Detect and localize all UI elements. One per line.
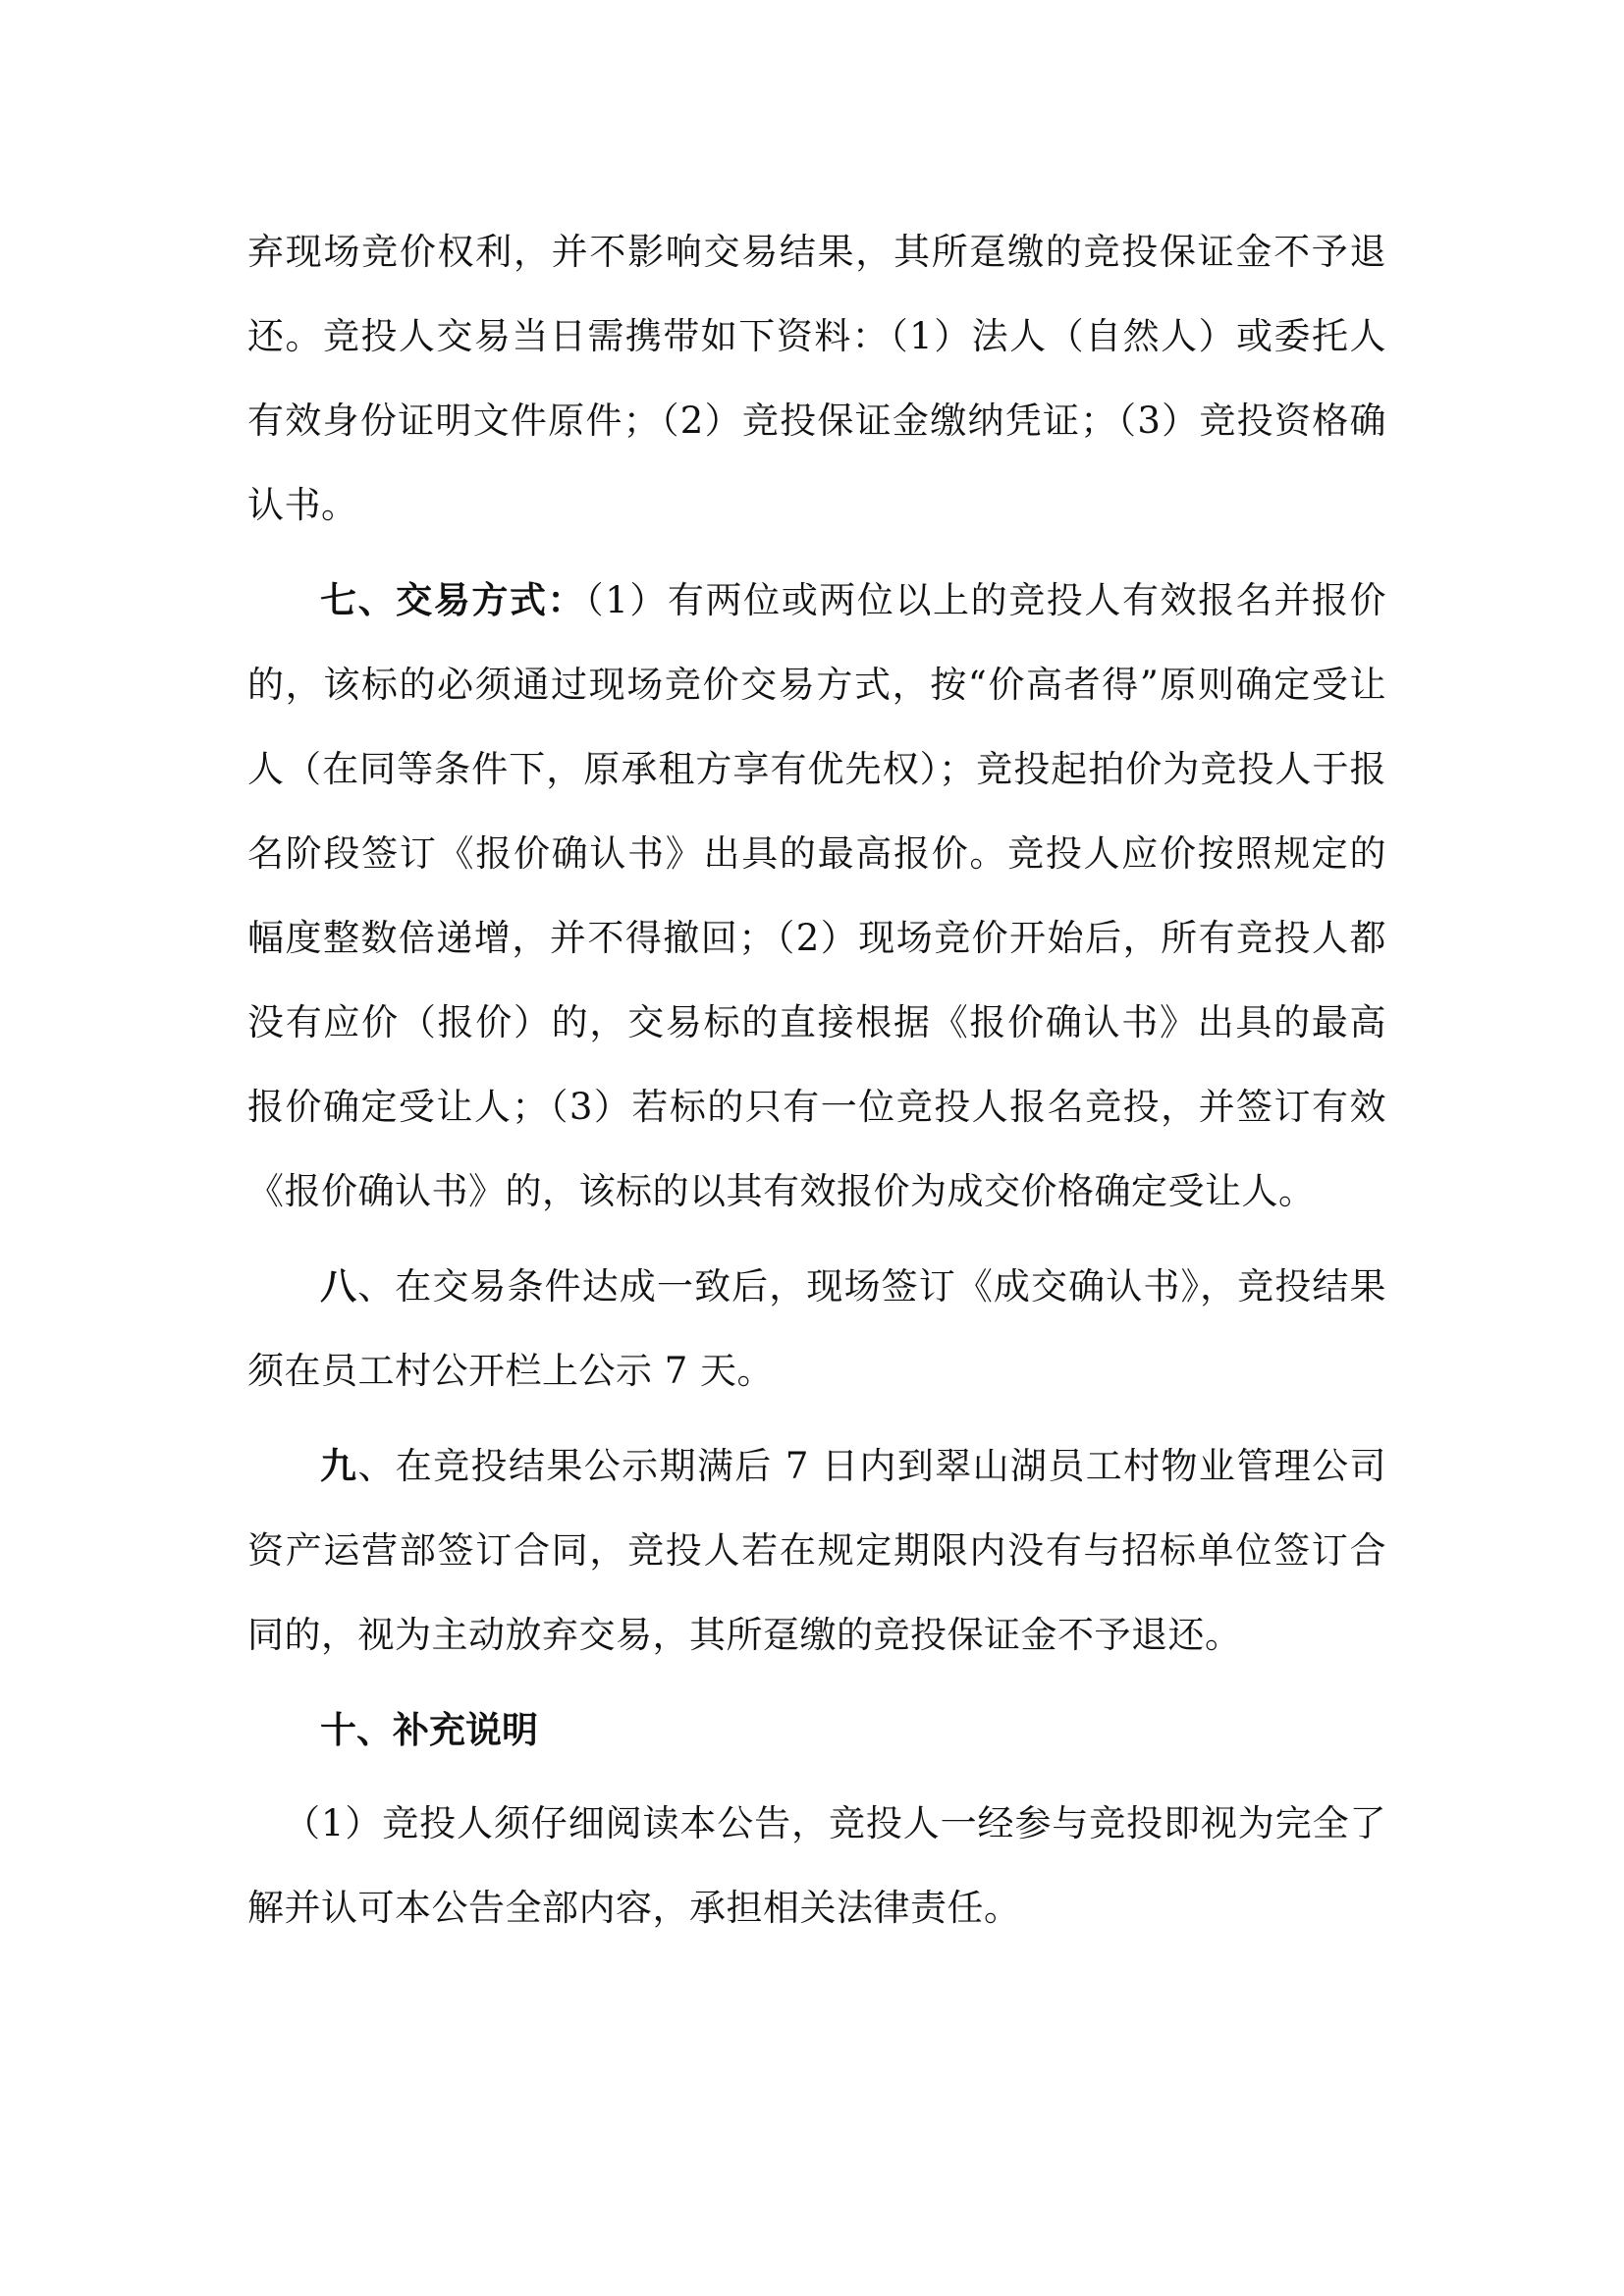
section-eight-body: 、在交易条件达成一致后，现场签订《成交确认书》，竞投结果须在员工村公开栏上公示 … <box>247 1265 1386 1392</box>
document-page: 弃现场竞价权利，并不影响交易结果，其所趸缴的竞投保证金不予退还。竞投人交易当日需… <box>247 210 1386 1960</box>
section-eight-number: 八 <box>320 1264 357 1308</box>
section-eight-confirmation: 八、在交易条件达成一致后，现场签订《成交确认书》，竞投结果须在员工村公开栏上公示… <box>247 1244 1386 1414</box>
section-seven-heading: 七、交易方式： <box>320 578 585 621</box>
section-nine-number: 九 <box>320 1444 357 1487</box>
section-nine-body: 、在竞投结果公示期满后 7 日内到翠山湖员工村物业管理公司资产运营部签订合同，竞… <box>247 1445 1386 1656</box>
section-nine-contract: 九、在竞投结果公示期满后 7 日内到翠山湖员工村物业管理公司资产运营部签订合同，… <box>247 1423 1386 1678</box>
section-seven-body: （1）有两位或两位以上的竞投人有效报名并报价的，该标的必须通过现场竞价交易方式，… <box>247 579 1386 1212</box>
paragraph-continuation: 弃现场竞价权利，并不影响交易结果，其所趸缴的竞投保证金不予退还。竞投人交易当日需… <box>247 210 1386 548</box>
section-ten-item-1: （1）竞投人须仔细阅读本公告，竞投人一经参与竞投即视为完全了解并认可本公告全部内… <box>247 1782 1386 1950</box>
section-seven-trading-method: 七、交易方式：（1）有两位或两位以上的竞投人有效报名并报价的，该标的必须通过现场… <box>247 558 1386 1234</box>
section-ten-heading: 十、补充说明 <box>247 1687 1386 1772</box>
